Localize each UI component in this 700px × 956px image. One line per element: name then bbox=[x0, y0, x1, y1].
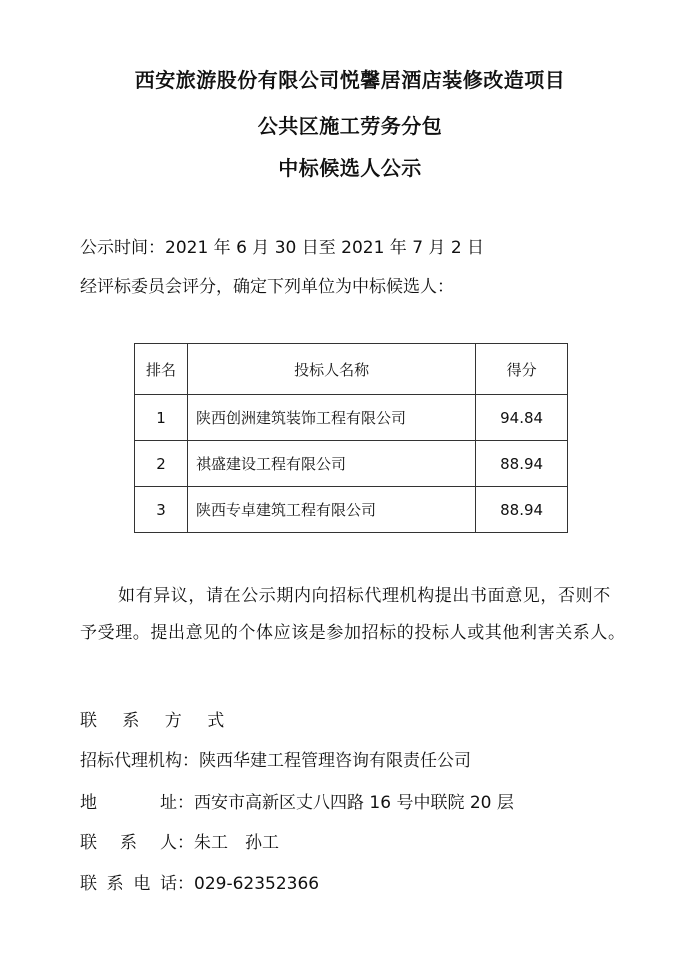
contact-agency: 招标代理机构：陕西华建工程管理咨询有限责任公司 bbox=[80, 746, 471, 771]
cell-score: 88.94 bbox=[476, 487, 568, 533]
title-package: 公共区施工劳务分包 bbox=[0, 110, 700, 139]
phone-label: 联系电话： bbox=[80, 869, 194, 894]
address-value: 西安市高新区丈八四路 16 号中联院 20 层 bbox=[194, 793, 514, 813]
table-row: 1 陕西创洲建筑装饰工程有限公司 94.84 bbox=[135, 395, 568, 441]
phone-value: 029-62352366 bbox=[194, 874, 319, 894]
header-bidder-name: 投标人名称 bbox=[188, 344, 476, 395]
announcement-period: 公示时间：2021 年 6 月 30 日至 2021 年 7 月 2 日 bbox=[80, 233, 484, 258]
table-row: 3 陕西专卓建筑工程有限公司 88.94 bbox=[135, 487, 568, 533]
cell-bidder-name: 陕西专卓建筑工程有限公司 bbox=[188, 487, 476, 533]
contact-person: 联系人：朱工 孙工 bbox=[80, 828, 279, 853]
cell-bidder-name: 祺盛建设工程有限公司 bbox=[188, 441, 476, 487]
objection-paragraph: 如有异议，请在公示期内向招标代理机构提出书面意见，否则不予受理。提出意见的个体应… bbox=[80, 578, 628, 652]
cell-bidder-name: 陕西创洲建筑装饰工程有限公司 bbox=[188, 395, 476, 441]
cell-rank: 3 bbox=[135, 487, 188, 533]
candidates-table: 排名 投标人名称 得分 1 陕西创洲建筑装饰工程有限公司 94.84 2 祺盛建… bbox=[134, 343, 568, 533]
cell-score: 88.94 bbox=[476, 441, 568, 487]
announcement-page: 西安旅游股份有限公司悦馨居酒店装修改造项目 公共区施工劳务分包 中标候选人公示 … bbox=[0, 0, 700, 956]
person-label: 联系人： bbox=[80, 828, 194, 853]
contact-heading: 联 系 方 式 bbox=[80, 706, 234, 731]
contact-phone: 联系电话：029-62352366 bbox=[80, 869, 319, 894]
table-header-row: 排名 投标人名称 得分 bbox=[135, 344, 568, 395]
person-value: 朱工 孙工 bbox=[194, 833, 279, 853]
cell-rank: 2 bbox=[135, 441, 188, 487]
table-row: 2 祺盛建设工程有限公司 88.94 bbox=[135, 441, 568, 487]
cell-score: 94.84 bbox=[476, 395, 568, 441]
header-score: 得分 bbox=[476, 344, 568, 395]
period-value: 2021 年 6 月 30 日至 2021 年 7 月 2 日 bbox=[165, 238, 484, 258]
period-label: 公示时间： bbox=[80, 238, 165, 258]
cell-rank: 1 bbox=[135, 395, 188, 441]
address-label: 地址： bbox=[80, 788, 194, 813]
header-rank: 排名 bbox=[135, 344, 188, 395]
contact-address: 地址：西安市高新区丈八四路 16 号中联院 20 层 bbox=[80, 788, 514, 813]
agency-value: 陕西华建工程管理咨询有限责任公司 bbox=[199, 751, 471, 771]
intro-text: 经评标委员会评分，确定下列单位为中标候选人： bbox=[80, 272, 454, 297]
agency-label: 招标代理机构： bbox=[80, 751, 199, 771]
title-announcement: 中标候选人公示 bbox=[0, 152, 700, 181]
title-project: 西安旅游股份有限公司悦馨居酒店装修改造项目 bbox=[0, 64, 700, 93]
